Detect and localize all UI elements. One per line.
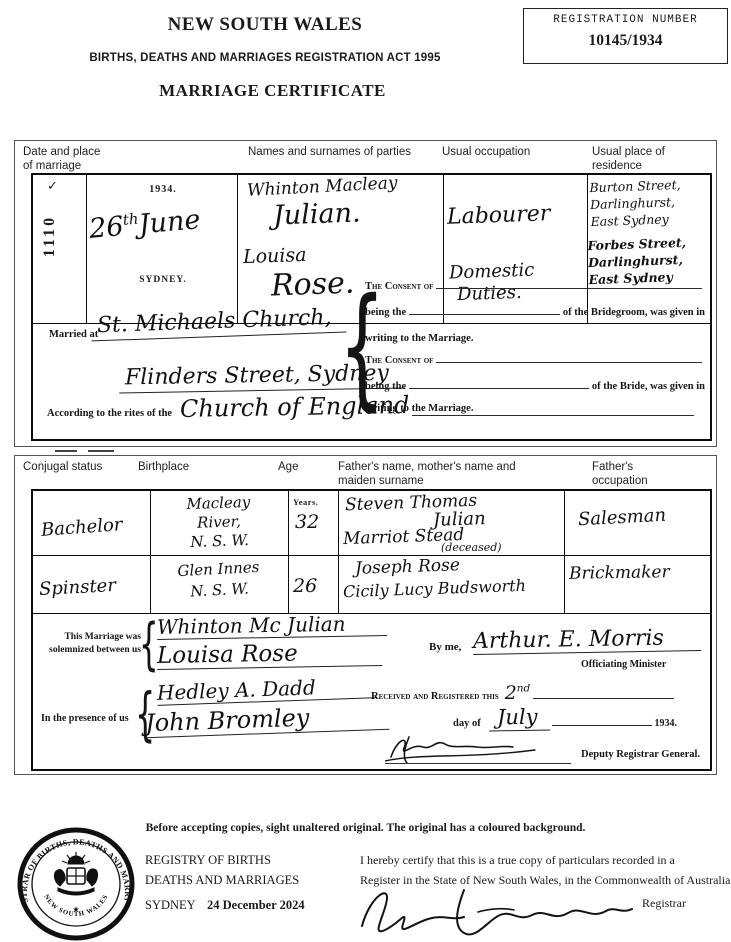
bridegroom-clause: of the Bridegroom, was given in xyxy=(563,307,705,318)
marriage-date-month: June xyxy=(138,204,202,240)
day-of-row: day of July 1934. xyxy=(453,717,677,729)
bride-residence: Forbes Street, Darlinghurst, East Sydney xyxy=(587,233,713,288)
grid-line xyxy=(564,491,565,613)
scan-artifact-dash xyxy=(55,450,77,452)
rites-label: According to the rites of the xyxy=(47,408,172,419)
col-header-names: Names and surnames of parties xyxy=(248,145,411,159)
consent-row-2: being the of the Bridegroom, was given i… xyxy=(365,307,705,318)
parties-scan-box: ✓ 1110 1934. 26thJune SYDNEY. Whinton Ma… xyxy=(31,173,712,441)
groom-name-line1: Whinton Macleay xyxy=(247,173,398,201)
col-header-conjugal: Conjugal status xyxy=(23,460,102,474)
scan-artifact-dash xyxy=(88,450,114,452)
margin-entry-number: 1110 xyxy=(41,197,59,275)
received-day-suffix: nd xyxy=(517,683,530,695)
received-label: Received and Registered this xyxy=(371,691,499,702)
grid-line xyxy=(237,175,238,323)
blank-line xyxy=(436,288,702,289)
received-day-number: 2 xyxy=(505,682,517,704)
page-title: NEW SOUTH WALES xyxy=(0,14,530,36)
solemnized-label: This Marriage was solemnized between us xyxy=(39,631,141,657)
col-header-age: Age xyxy=(278,460,298,474)
marriage-date-day: 26 xyxy=(88,211,125,245)
col-header-parents: Father's name, mother's name and maiden … xyxy=(338,460,516,489)
writing-clause-1: writing to the Marriage. xyxy=(365,333,473,344)
certify-line1: I hereby certify that this is a true cop… xyxy=(360,850,730,870)
groom-birthplace: Macleay River, N. S. W. xyxy=(152,492,286,554)
bride-mother-name: Cicily Lucy Budsworth xyxy=(343,576,526,601)
blank-line xyxy=(552,725,651,726)
bride-clause: of the Bride, was given in xyxy=(592,381,705,392)
received-year: 1934. xyxy=(655,718,678,729)
issue-date: 24 December 2024 xyxy=(207,898,305,913)
details-section-frame: Conjugal status Birthplace Age Father's … xyxy=(14,455,717,775)
col-header-occupation: Usual occupation xyxy=(442,145,530,159)
years-label: Years. xyxy=(293,497,318,507)
bride-birthplace: Glen Innes N. S. W. xyxy=(152,556,286,605)
col-header-father-occupation: Father's occupation xyxy=(592,460,648,489)
solemnized-signature-bride: Louisa Rose xyxy=(157,639,382,670)
received-row: Received and Registered this 2nd xyxy=(371,691,677,702)
consent-row-3: The Consent of xyxy=(365,355,705,366)
grid-line xyxy=(338,491,339,613)
groom-father-occupation: Salesman xyxy=(578,505,667,531)
marriage-date-suffix: th xyxy=(122,210,139,229)
groom-occupation: Labourer xyxy=(447,201,551,230)
received-month: July xyxy=(488,704,549,731)
grid-line xyxy=(443,175,444,323)
by-me-label: By me, xyxy=(429,641,461,653)
col-header-residence: Usual place of residence xyxy=(592,145,665,174)
marriage-place: SYDNEY. xyxy=(123,275,203,285)
bride-father-name: Joseph Rose xyxy=(355,555,461,579)
col-header-date-place: Date and place of marriage xyxy=(23,145,100,174)
rites-row: According to the rites of the Church of … xyxy=(47,407,697,419)
registry-address: REGISTRY OF BIRTHS DEATHS AND MARRIAGES xyxy=(145,850,299,890)
received-day: 2nd xyxy=(505,682,531,704)
issue-office: SYDNEY xyxy=(145,898,196,913)
bride-name-line1: Louisa xyxy=(243,244,307,268)
margin-checkmark: ✓ xyxy=(47,178,58,194)
grid-line xyxy=(150,491,151,613)
registration-number-label: REGISTRATION NUMBER xyxy=(524,14,727,26)
registry-seal: REGISTRAR OF BIRTHS, DEATHS AND MARRIAGE… xyxy=(16,826,136,942)
registry-line1: REGISTRY OF BIRTHS xyxy=(145,850,299,870)
blank-line xyxy=(412,415,694,416)
consent-row-1: The Consent of xyxy=(365,281,705,292)
blank-line xyxy=(533,698,674,699)
married-at-church: St. Michaels Church, xyxy=(91,305,346,342)
document-title: MARRIAGE CERTIFICATE xyxy=(0,81,545,101)
presence-label: In the presence of us xyxy=(41,713,129,724)
groom-father-deceased: (deceased) xyxy=(441,541,502,554)
groom-conjugal-status: Bachelor xyxy=(40,514,123,541)
bride-occupation-line1: Domestic xyxy=(449,260,535,284)
coat-of-arms xyxy=(54,852,97,895)
day-of-label: day of xyxy=(453,718,481,729)
blank-line xyxy=(409,388,589,389)
deputy-registrar-label: Deputy Registrar General. xyxy=(581,749,700,760)
registry-line2: DEATHS AND MARRIAGES xyxy=(145,870,299,890)
deputy-registrar-signature xyxy=(385,733,565,767)
col-header-birthplace: Birthplace xyxy=(138,460,189,474)
bride-conjugal-status: Spinster xyxy=(39,575,117,600)
act-subtitle: BIRTHS, DEATHS AND MARRIAGES REGISTRATIO… xyxy=(0,52,530,64)
details-scan-box: Bachelor Macleay River, N. S. W. Years. … xyxy=(31,489,712,771)
grid-line xyxy=(86,175,87,323)
solemnized-brace xyxy=(139,617,159,673)
witness2-signature: John Bromley xyxy=(145,701,390,738)
blank-line xyxy=(385,763,571,764)
marriage-year: 1934. xyxy=(133,184,193,195)
marriage-date: 26thJune xyxy=(88,204,202,245)
being-the-label-1: being the xyxy=(365,307,406,318)
parties-section-frame: Date and place of marriage Names and sur… xyxy=(14,140,717,447)
solemnized-signature-groom: Whinton Mc Julian xyxy=(157,611,387,640)
registration-number-value: 10145/1934 xyxy=(524,32,727,50)
officiating-minister-label: Officiating Minister xyxy=(581,659,666,670)
consent-label-1: The Consent of xyxy=(365,281,433,292)
grid-line xyxy=(288,491,289,613)
groom-residence: Burton Street, Darlinghurst, East Sydney xyxy=(589,175,713,230)
blank-line xyxy=(436,362,702,363)
blank-line xyxy=(409,314,560,315)
groom-age: 32 xyxy=(295,511,319,533)
registrar-signature xyxy=(352,880,642,938)
bride-father-occupation: Brickmaker xyxy=(569,562,670,584)
rites-value: Church of England xyxy=(180,391,410,423)
registrar-title: Registrar xyxy=(642,896,686,911)
witness1-signature: Hedley A. Dadd xyxy=(157,673,378,706)
marriage-certificate-page: NEW SOUTH WALES BIRTHS, DEATHS AND MARRI… xyxy=(0,0,731,942)
grid-line xyxy=(33,555,710,556)
consent-row-4: being the of the Bride, was given in xyxy=(365,381,705,392)
bride-age: 26 xyxy=(293,575,317,597)
registration-number-box: REGISTRATION NUMBER 10145/1934 xyxy=(523,8,728,64)
seal-star: ★ xyxy=(72,905,79,914)
minister-signature: Arthur. E. Morris xyxy=(473,625,701,655)
consent-label-2: The Consent of xyxy=(365,355,433,366)
groom-name-line2: Julian. xyxy=(272,197,361,231)
